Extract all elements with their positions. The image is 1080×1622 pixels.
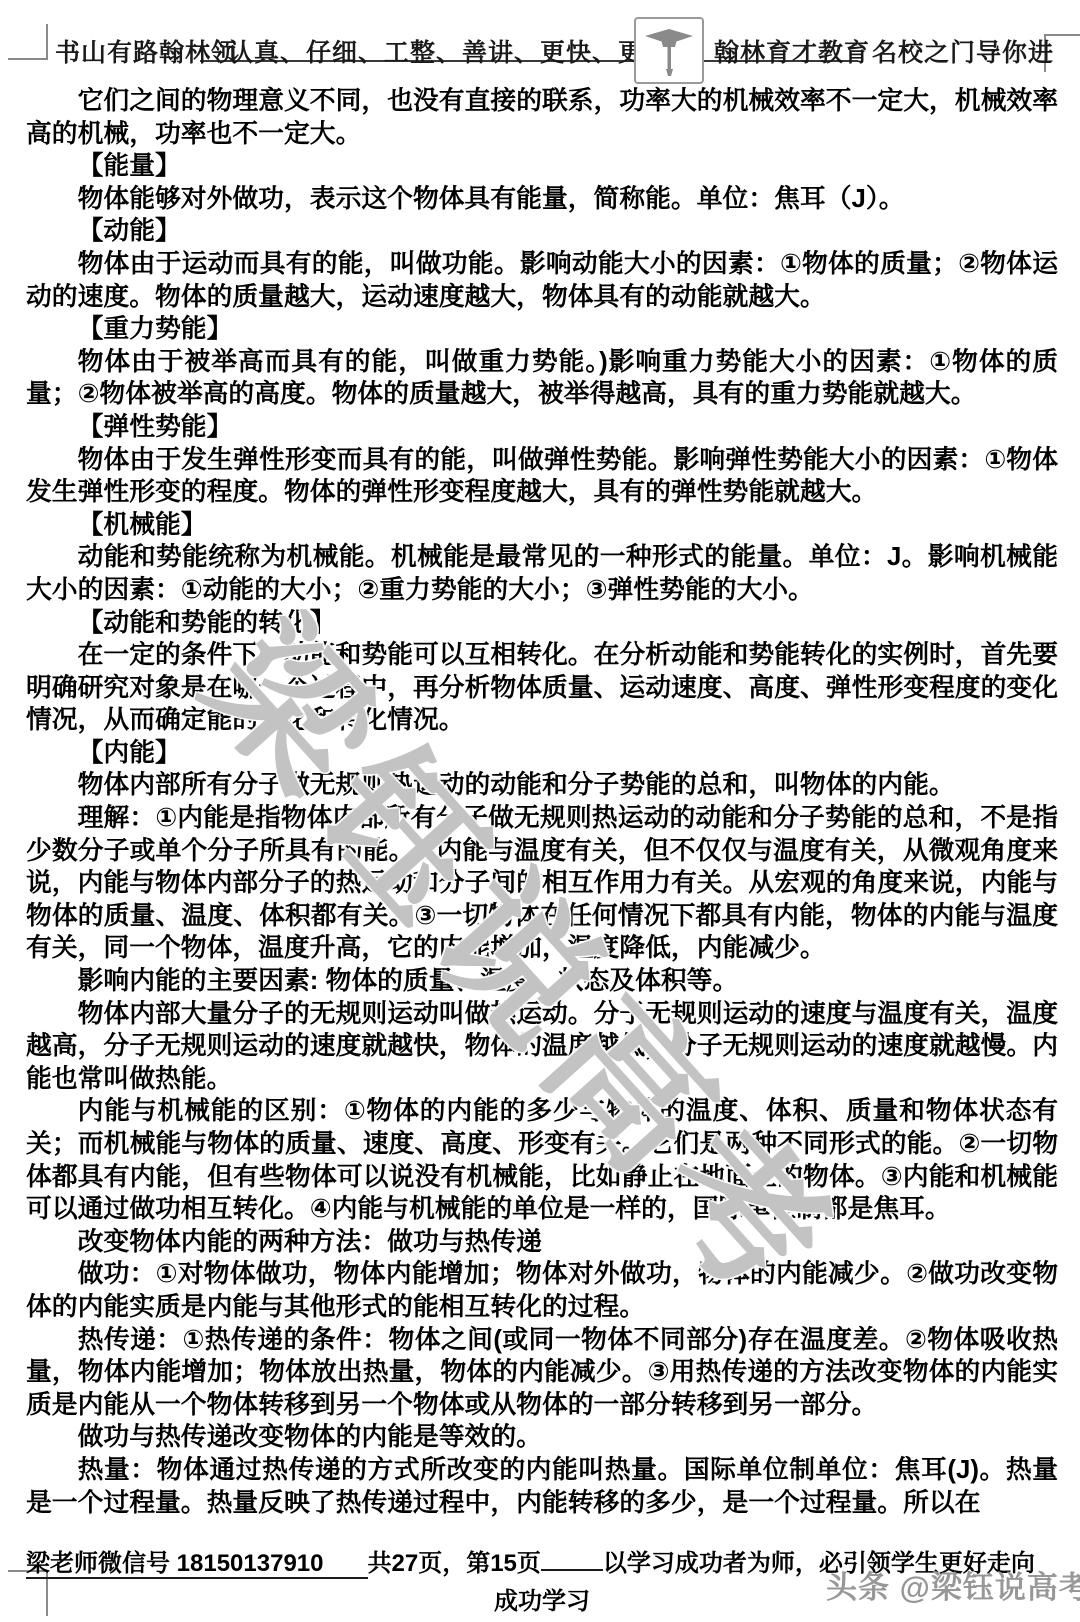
paragraph: 热量：物体通过热传递的方式所改变的内能叫热量。国际单位制单位：焦耳(J)。热量是… bbox=[26, 1454, 1058, 1519]
paragraph: 物体能够对外做功，表示这个物体具有能量，简称能。单位：焦耳（J）。 bbox=[26, 183, 1058, 216]
graduation-cap-icon bbox=[641, 23, 697, 79]
section-heading: 【内能】 bbox=[26, 737, 1058, 770]
paragraph: 物体内部大量分子的无规则运动叫做热运动。分子无规则运动的速度与温度有关，温度越高… bbox=[26, 998, 1058, 1096]
school-logo bbox=[634, 17, 704, 84]
header-brand-text: 翰林育才教育 bbox=[714, 33, 870, 69]
page-header: 书山有路翰林领 认真、仔细、工整、善讲、更快、更准 翰林育才教育 名校之门导你进 bbox=[0, 0, 1080, 84]
paragraph: 内能与机械能的区别：①物体的内能的多少与物体的温度、体积、质量和物体状态有关；而… bbox=[26, 1095, 1058, 1225]
footer-underline-gap bbox=[541, 1545, 603, 1571]
paragraph: 做功与热传递改变物体的内能是等效的。 bbox=[26, 1421, 1058, 1454]
paragraph: 在一定的条件下，动能和势能可以互相转化。在分析动能和势能转化的实例时，首先要明确… bbox=[26, 639, 1058, 737]
section-heading: 【弹性势能】 bbox=[26, 411, 1058, 444]
paragraph: 理解：①内能是指物体内部所有分子做无规则热运动的动能和分子势能的总和，不是指少数… bbox=[26, 802, 1058, 965]
document-page: 书山有路翰林领 认真、仔细、工整、善讲、更快、更准 翰林育才教育 名校之门导你进… bbox=[0, 0, 1080, 1622]
section-heading: 【重力势能】 bbox=[26, 313, 1058, 346]
header-right-text: 名校之门导你进 bbox=[872, 33, 1054, 69]
footer-contact: 梁老师微信号 18150137910 bbox=[26, 1550, 368, 1579]
paragraph: 它们之间的物理意义不同，也没有直接的联系，功率大的机械效率不一定大，机械效率高的… bbox=[26, 85, 1058, 150]
paragraph: 物体由于发生弹性形变而具有的能，叫做弹性势能。影响弹性势能大小的因素：①物体发生… bbox=[26, 444, 1058, 509]
paragraph: 物体由于运动而具有的能，叫做功能。影响动能大小的因素：①物体的质量；②物体运动的… bbox=[26, 248, 1058, 313]
section-heading: 【机械能】 bbox=[26, 509, 1058, 542]
document-body: 它们之间的物理意义不同，也没有直接的联系，功率大的机械效率不一定大，机械效率高的… bbox=[26, 85, 1058, 1519]
section-heading: 【动能和势能的转化】 bbox=[26, 607, 1058, 640]
paragraph: 动能和势能统称为机械能。机械能是最常见的一种形式的能量。单位：J。影响机械能大小… bbox=[26, 541, 1058, 606]
paragraph: 物体由于被举高而具有的能，叫做重力势能。)影响重力势能大小的因素：①物体的质量；… bbox=[26, 346, 1058, 411]
paragraph: 改变物体内能的两种方法：做功与热传递 bbox=[26, 1226, 1058, 1259]
paragraph: 做功：①对物体做功，物体内能增加；物体对外做功，物体的内能减少。②做功改变物体的… bbox=[26, 1258, 1058, 1323]
header-left-text: 书山有路翰林领 bbox=[55, 33, 237, 69]
header-motto-text: 认真、仔细、工整、善讲、更快、更准 bbox=[228, 33, 670, 69]
section-heading: 【动能】 bbox=[26, 215, 1058, 248]
paragraph: 热传递：①热传递的条件：物体之间(或同一物体不同部分)存在温度差。②物体吸收热量… bbox=[26, 1324, 1058, 1422]
bottom-right-watermark: 头条 @梁钰说高考 bbox=[826, 1562, 1080, 1607]
paragraph: 物体内部所有分子做无规则热运动的动能和分子势能的总和，叫物体的内能。 bbox=[26, 769, 1058, 802]
section-heading: 【能量】 bbox=[26, 150, 1058, 183]
paragraph: 影响内能的主要因素: 物体的质量、温度、状态及体积等。 bbox=[26, 965, 1058, 998]
footer-page-count: 共27页，第15页 bbox=[368, 1550, 541, 1577]
